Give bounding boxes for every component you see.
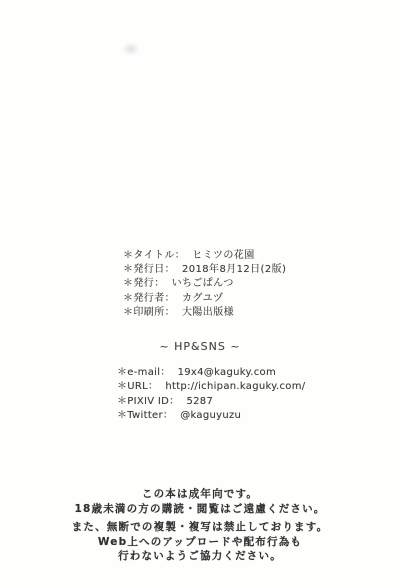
email-value: 19x4@kaguky.com bbox=[178, 367, 276, 378]
publication-info-block: ＊タイトル：ヒミツの花園 ＊発行日：2018年8月12日(2版) ＊発行：いちご… bbox=[123, 249, 286, 320]
notice-line: 18歳未満の方の購読・閲覧はご遠慮ください。 bbox=[0, 502, 400, 517]
title-value: ヒミツの花園 bbox=[192, 250, 254, 261]
email-label: ＊e-mail： bbox=[117, 367, 171, 378]
pixiv-row: ＊PIXIV ID：5287 bbox=[117, 395, 305, 409]
pixiv-label: ＊PIXIV ID： bbox=[117, 396, 179, 407]
notice-line: 行わないようご協力ください。 bbox=[0, 549, 400, 564]
title-row: ＊タイトル：ヒミツの花園 bbox=[123, 249, 286, 263]
twitter-row: ＊Twitter：@kaguyuzu bbox=[117, 409, 305, 423]
email-row: ＊e-mail：19x4@kaguky.com bbox=[117, 366, 305, 380]
twitter-value: @kaguyuzu bbox=[180, 410, 241, 421]
url-label: ＊URL： bbox=[117, 381, 158, 392]
colophon-page: ＊タイトル：ヒミツの花園 ＊発行日：2018年8月12日(2版) ＊発行：いちご… bbox=[0, 0, 400, 587]
twitter-label: ＊Twitter： bbox=[117, 410, 173, 421]
adult-content-notice: この本は成年向です。 18歳未満の方の購読・閲覧はご遠慮ください。 bbox=[0, 487, 400, 516]
notice-line: Web上へのアップロードや配布行為も bbox=[0, 535, 400, 550]
sns-section-heading: ~ HP&SNS ~ bbox=[0, 340, 400, 353]
copyright-notice: また、無断での複製・複写は禁止しております。 Web上へのアップロードや配布行為… bbox=[0, 520, 400, 564]
publish-date-value: 2018年8月12日(2版) bbox=[182, 264, 286, 275]
sns-info-block: ＊e-mail：19x4@kaguky.com ＊URL：http://ichi… bbox=[117, 366, 305, 424]
publish-date-row: ＊発行日：2018年8月12日(2版) bbox=[123, 263, 286, 277]
author-label: ＊発行者： bbox=[123, 293, 175, 304]
printer-label: ＊印刷所： bbox=[123, 307, 175, 318]
publisher-circle-label: ＊発行： bbox=[123, 278, 165, 289]
author-row: ＊発行者：カグユヅ bbox=[123, 292, 286, 306]
publish-date-label: ＊発行日： bbox=[123, 264, 175, 275]
url-row: ＊URL：http://ichipan.kaguky.com/ bbox=[117, 380, 305, 394]
title-label: ＊タイトル： bbox=[123, 250, 185, 261]
author-value: カグユヅ bbox=[182, 293, 223, 304]
notice-line: この本は成年向です。 bbox=[0, 487, 400, 502]
printer-value: 大陽出版様 bbox=[182, 307, 234, 318]
publisher-circle-row: ＊発行：いちごぱんつ bbox=[123, 277, 286, 291]
publisher-circle-value: いちごぱんつ bbox=[172, 278, 234, 289]
notice-line: また、無断での複製・複写は禁止しております。 bbox=[0, 520, 400, 535]
scan-smudge bbox=[122, 42, 140, 56]
pixiv-value: 5287 bbox=[186, 396, 213, 407]
url-value: http://ichipan.kaguky.com/ bbox=[165, 381, 305, 392]
printer-row: ＊印刷所：大陽出版様 bbox=[123, 306, 286, 320]
